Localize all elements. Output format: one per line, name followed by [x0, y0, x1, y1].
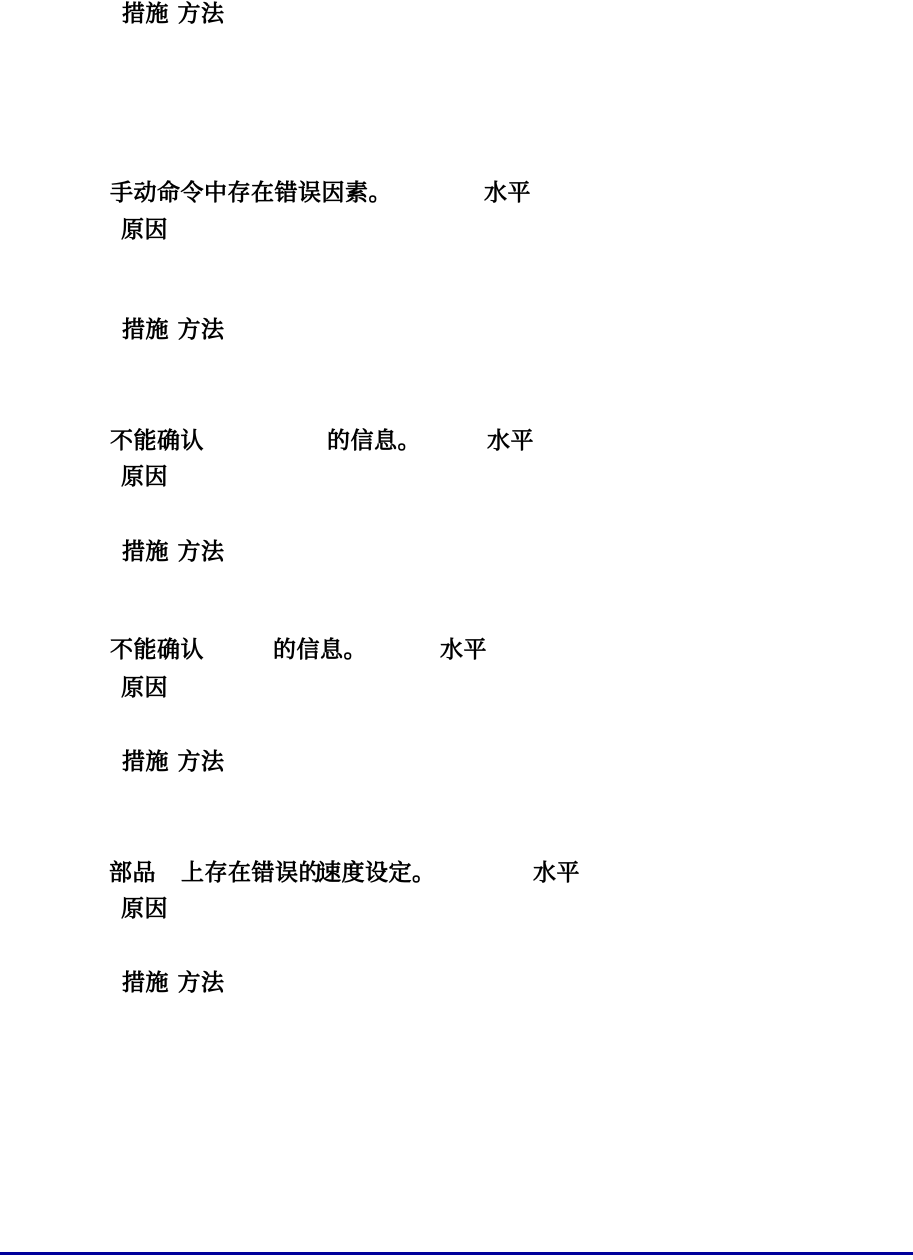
cause-label: 原因 — [121, 465, 168, 489]
level-label: 水平 — [440, 638, 487, 662]
symptom-text-part: 的信息。 — [273, 638, 367, 662]
level-label: 水平 — [533, 861, 580, 885]
measures-label: 措施 方法 — [122, 540, 225, 564]
measures-label: 措施 方法 — [122, 750, 225, 774]
level-label: 水平 — [484, 181, 531, 205]
measures-label: 措施 方法 — [122, 2, 225, 26]
level-label: 水平 — [487, 429, 534, 453]
symptom-text-part: 不能确认 — [110, 429, 204, 453]
symptom-text-part: 部品 — [109, 861, 156, 885]
symptom-text: 手动命令中存在错误因素。 — [110, 181, 392, 205]
measures-label: 措施 方法 — [122, 318, 225, 342]
symptom-text-part: 不能确认 — [110, 638, 204, 662]
footer-rule — [0, 1252, 913, 1255]
cause-label: 原因 — [121, 897, 168, 921]
cause-label: 原因 — [121, 676, 168, 700]
symptom-text-part: 的信息。 — [327, 429, 421, 453]
measures-label: 措施 方法 — [122, 971, 225, 995]
cause-label: 原因 — [121, 218, 168, 242]
symptom-text-part: 上存在错误的 — [181, 861, 322, 885]
symptom-text-part: 速度设定。 — [318, 861, 436, 885]
document-page: 措施 方法 手动命令中存在错误因素。 水平 原因 措施 方法 不能确认 的信息。… — [0, 0, 913, 1260]
